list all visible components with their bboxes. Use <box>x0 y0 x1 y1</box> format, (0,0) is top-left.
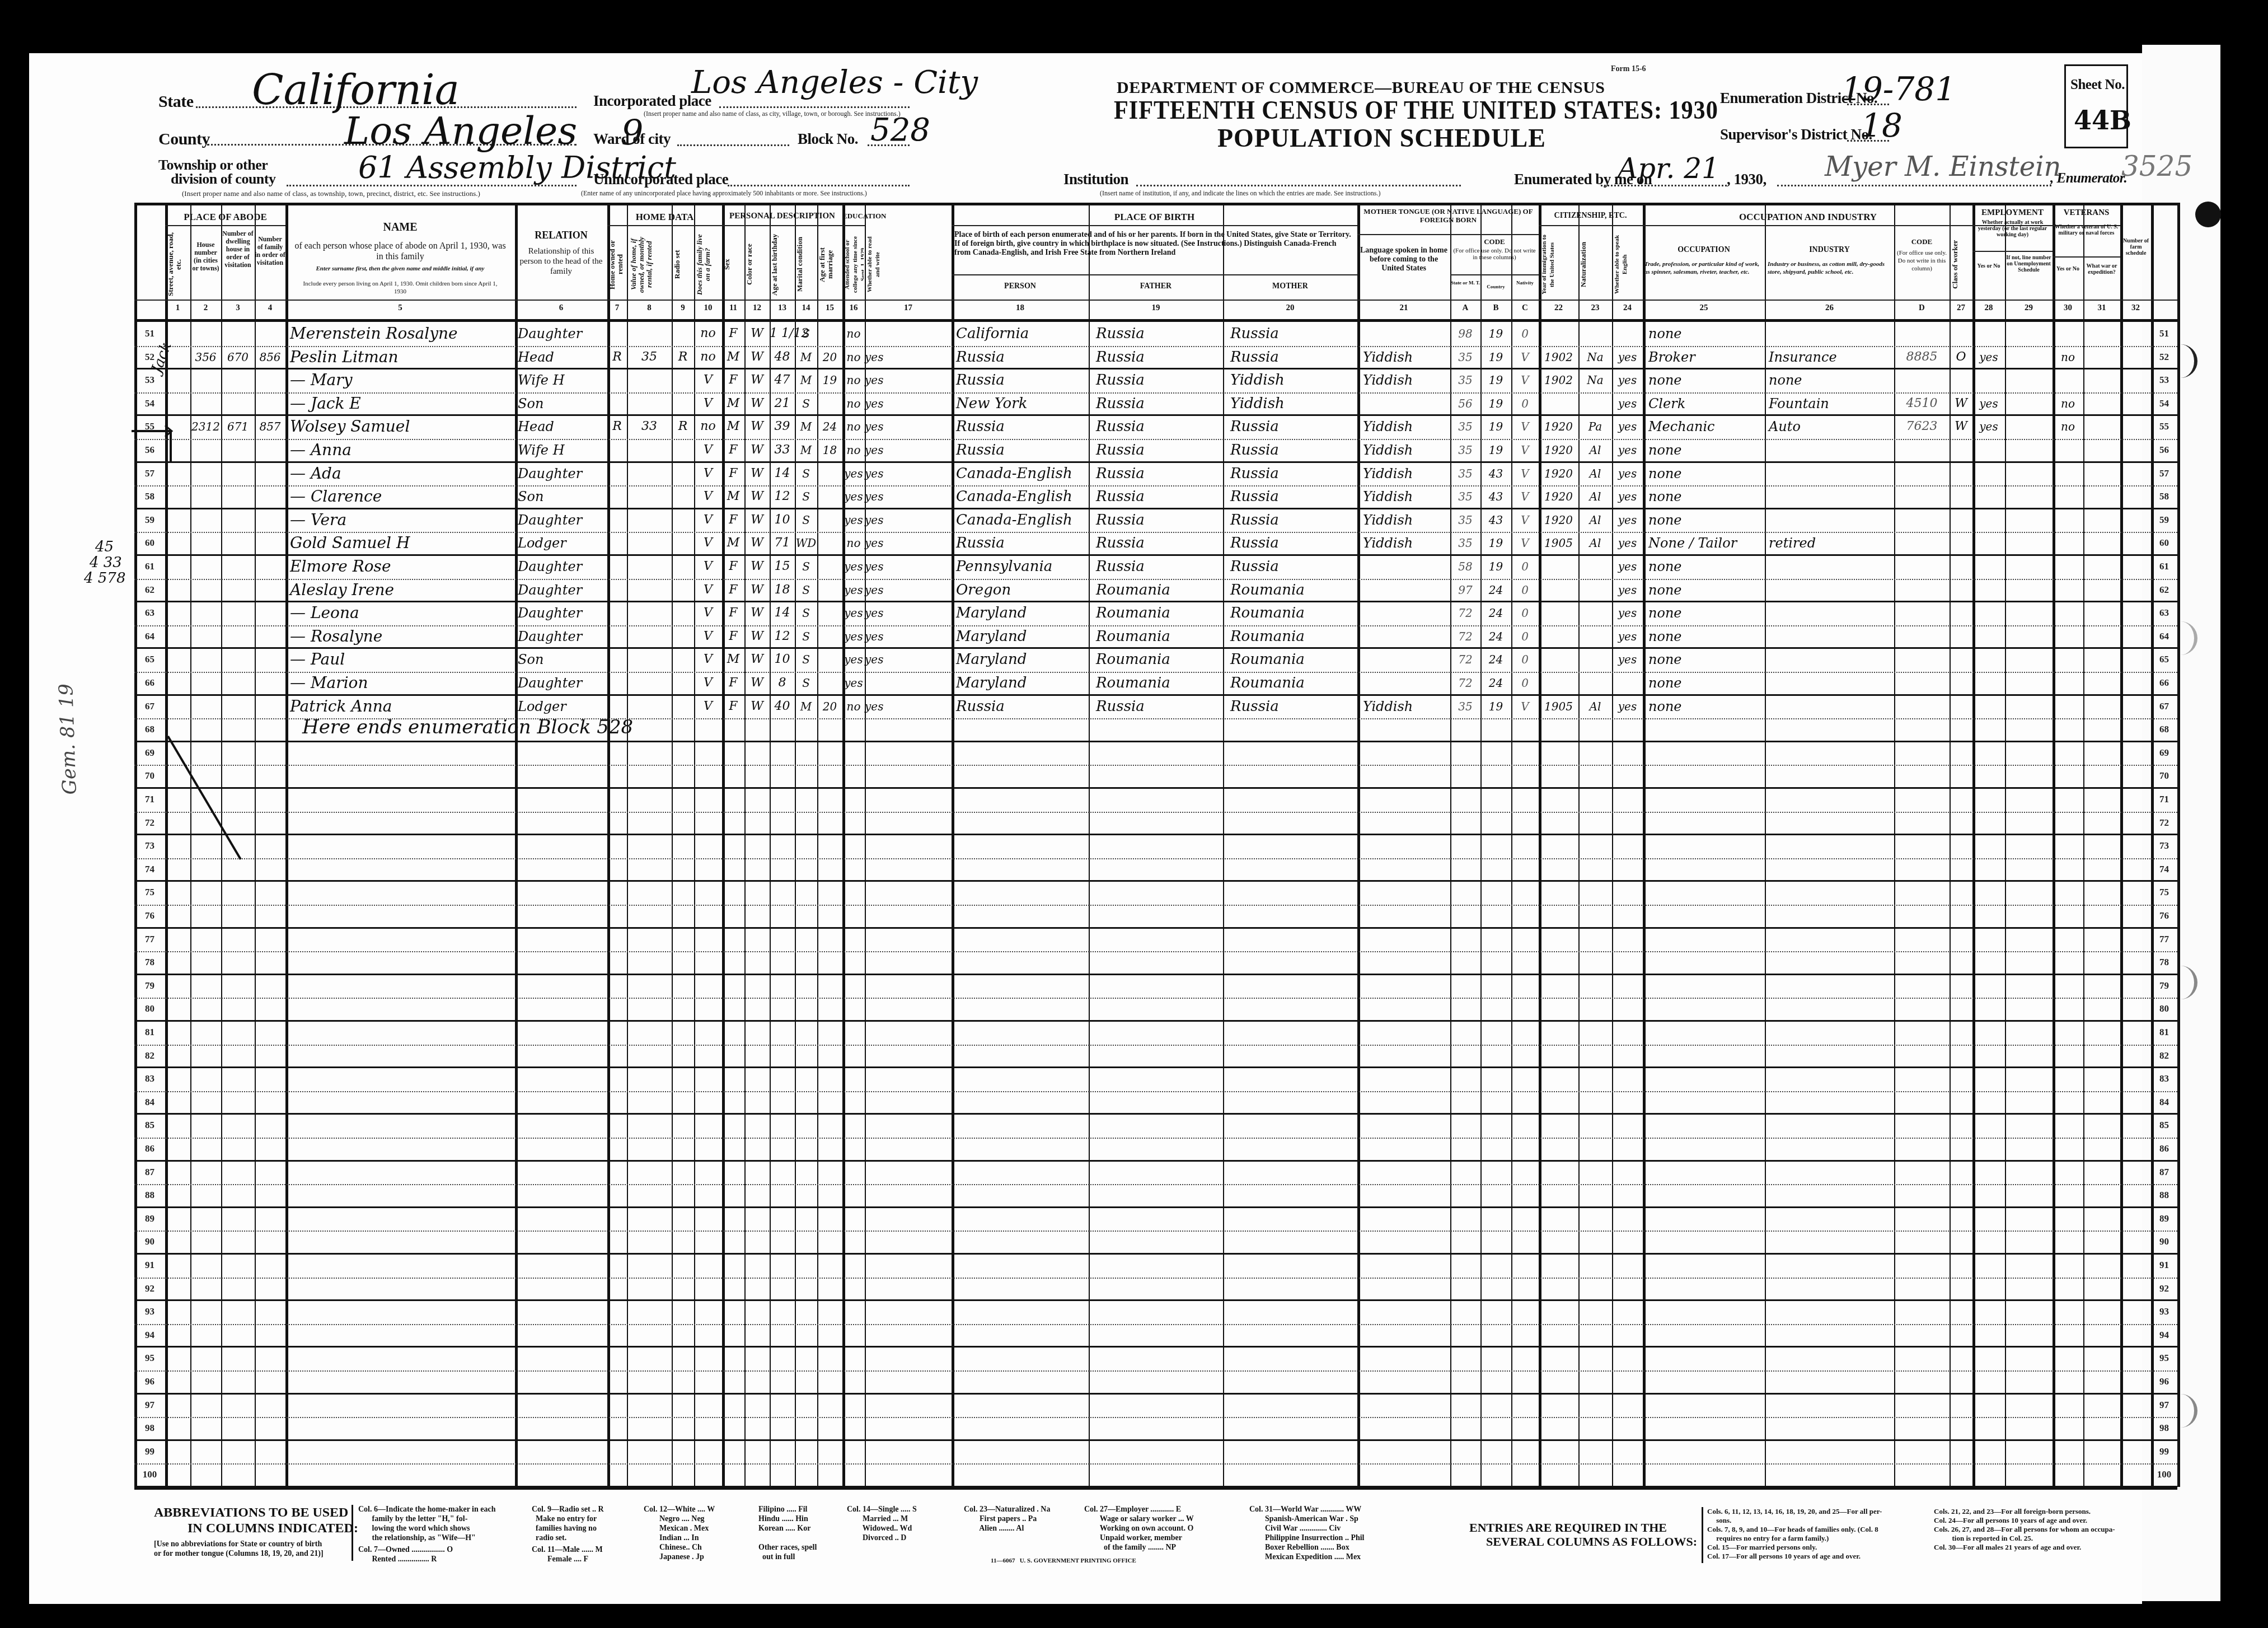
cell-farm: V <box>694 369 722 391</box>
line-number-right: 60 <box>2151 537 2177 549</box>
cell-english: yes <box>1612 695 1643 718</box>
cell-house: 2312 <box>190 415 221 438</box>
header-code: CODE <box>1450 238 1539 246</box>
column-number: A <box>1450 303 1480 313</box>
cell-age: 15 <box>770 555 795 578</box>
cell-race: W <box>744 625 770 648</box>
abbrev-col6: Col. 6—Indicate the home-maker in each f… <box>358 1505 496 1543</box>
header-code-d-desc: (For office use only. Do not write in th… <box>1896 249 1947 273</box>
cell-pob-father: Roumania <box>1096 602 1223 624</box>
cell-codeC: 0 <box>1511 648 1539 671</box>
line-number-right: 88 <box>2151 1190 2177 1201</box>
row-rule <box>134 1253 2177 1255</box>
cell-immig: 1905 <box>1539 695 1578 718</box>
column-number: 30 <box>2053 303 2083 313</box>
cell-pob-father: Russia <box>1096 346 1223 368</box>
cell-vet: no <box>2053 415 2083 438</box>
line-number-left: 83 <box>134 1073 165 1084</box>
entries-title-1: ENTRIES ARE REQUIRED IN THE <box>1469 1520 1667 1536</box>
cell-sex: F <box>722 672 744 694</box>
cell-marital: WD <box>795 532 817 554</box>
cell-read: yes <box>865 532 952 554</box>
row-rule <box>134 1439 2177 1441</box>
line-number-right: 79 <box>2151 980 2177 991</box>
institution-label: Institution <box>1063 171 1128 188</box>
cell-pob-mother: Russia <box>1230 415 1357 438</box>
cell-pob-mother: Russia <box>1230 346 1357 368</box>
cell-natz: Al <box>1578 485 1612 508</box>
header-sex: Sex <box>723 232 743 297</box>
column-number: 29 <box>2005 303 2053 313</box>
group-rule <box>1539 225 1643 226</box>
cell-english: yes <box>1612 462 1643 485</box>
column-number: 8 <box>627 303 672 313</box>
cell-marital: M <box>795 439 817 461</box>
line-number-left: 88 <box>134 1190 165 1201</box>
cell-english: yes <box>1612 648 1643 671</box>
cell-codeA: 35 <box>1450 439 1480 461</box>
line-number-left: 87 <box>134 1167 165 1178</box>
cell-class: W <box>1950 415 1972 438</box>
abbrev-col9: Col. 9—Radio set .. R Make no entry for … <box>532 1505 604 1543</box>
line-number-right: 56 <box>2151 445 2177 456</box>
cell-sex: M <box>722 346 744 368</box>
cell-owned: R <box>607 415 627 438</box>
cell-race: W <box>744 346 770 368</box>
enumeration-district-value: 19-781 <box>1841 70 1956 108</box>
cell-class: W <box>1950 392 1972 415</box>
cell-name: Wolsey Samuel <box>290 415 515 438</box>
line-number-right: 91 <box>2151 1260 2177 1271</box>
employment-sub-rule <box>1972 251 2053 252</box>
row-rule <box>134 812 2177 813</box>
cell-radio: R <box>672 346 694 368</box>
binding-hole <box>2195 202 2221 227</box>
cell-dwelling: 670 <box>221 346 255 368</box>
column-number: 15 <box>817 303 842 313</box>
header-employment-desc: Whether actually at work yesterday (or t… <box>1974 219 2051 238</box>
cell-codeA: 35 <box>1450 485 1480 508</box>
group-citizenship: CITIZENSHIP, ETC. <box>1539 212 1642 221</box>
abbrev-col11: Col. 11—Male ...... M Female .... F <box>532 1545 603 1564</box>
cell-pob-mother: Russia <box>1230 439 1357 461</box>
header-home-value: Value of home, if owned, or monthly rent… <box>630 232 669 297</box>
end-slash-mark <box>165 733 243 862</box>
header-farm-schedule: Number of farm schedule <box>2121 238 2150 256</box>
cell-sex: F <box>722 579 744 601</box>
table-top-rule <box>134 203 2177 205</box>
cell-name: Aleslay Irene <box>290 579 515 601</box>
cell-pob-father: Russia <box>1096 555 1223 578</box>
line-number-right: 97 <box>2151 1400 2177 1411</box>
enumerator-signature: Myer M. Einstein <box>1825 151 2061 183</box>
line-number-right: 90 <box>2151 1236 2177 1247</box>
cell-name: — Mary <box>290 369 515 391</box>
cell-farm: V <box>694 579 722 601</box>
cell-pob-mother: Russia <box>1230 322 1357 345</box>
institution-line <box>1136 185 1461 186</box>
cell-read: yes <box>865 509 952 531</box>
cell-work: yes <box>1972 346 2005 368</box>
line-number-right: 52 <box>2151 352 2177 363</box>
cell-codeB: 19 <box>1480 555 1511 578</box>
row-rule <box>134 787 2177 789</box>
printer-note: 11—6067 U. S. GOVERNMENT PRINTING OFFICE <box>991 1556 1136 1566</box>
cell-name: — Marion <box>290 672 515 694</box>
cell-pob: California <box>956 322 1089 345</box>
cell-tongue: Yiddish <box>1363 695 1450 718</box>
cell-farm: V <box>694 672 722 694</box>
group-place-of-abode: PLACE OF ABODE <box>165 212 285 223</box>
cell-english: yes <box>1612 439 1643 461</box>
cell-immig: 1902 <box>1539 346 1578 368</box>
column-number: 9 <box>672 303 694 313</box>
cell-occupation: none <box>1648 648 1765 671</box>
line-number-right: 98 <box>2151 1423 2177 1434</box>
cell-school: yes <box>842 579 865 601</box>
cell-pob-father: Roumania <box>1096 672 1223 694</box>
margin-count-1: 45 <box>95 539 114 555</box>
column-rule <box>255 203 256 1487</box>
line-number-left: 61 <box>134 561 165 572</box>
cell-family: 857 <box>255 415 285 438</box>
line-number-left: 95 <box>134 1353 165 1364</box>
cell-marital: M <box>795 415 817 438</box>
cell-farm: V <box>694 555 722 578</box>
cell-immig: 1920 <box>1539 415 1578 438</box>
cell-school: no <box>842 695 865 718</box>
cell-codeA: 72 <box>1450 602 1480 624</box>
line-number-right: 100 <box>2151 1469 2177 1480</box>
cell-pob: Maryland <box>956 648 1089 671</box>
cell-codeB: 19 <box>1480 392 1511 415</box>
margin-count-2: 4 33 <box>90 554 122 571</box>
cell-sex: F <box>722 555 744 578</box>
table-bottom-rule <box>134 1487 2177 1490</box>
column-number: 25 <box>1643 303 1765 313</box>
header-family: Number of family in order of visitation <box>255 235 285 266</box>
line-number-right: 59 <box>2151 514 2177 526</box>
cell-race: W <box>744 555 770 578</box>
schedule-title: POPULATION SCHEDULE <box>1217 123 1546 153</box>
group-education: EDUCATION <box>842 212 884 221</box>
cell-codeC: V <box>1511 346 1539 368</box>
cell-read: yes <box>865 625 952 648</box>
cell-codeC: 0 <box>1511 392 1539 415</box>
line-number-left: 77 <box>134 934 165 945</box>
header-name-include: Include every person living on April 1, … <box>297 280 504 296</box>
cell-relation: Lodger <box>518 695 607 718</box>
column-number: 22 <box>1539 303 1578 313</box>
cell-value: 33 <box>627 415 672 438</box>
cell-race: W <box>744 509 770 531</box>
cell-relation: Daughter <box>518 322 607 345</box>
abbrev-brace <box>352 1505 353 1561</box>
line-number-right: 71 <box>2151 794 2177 805</box>
cell-codeB: 19 <box>1480 439 1511 461</box>
header-relationship: Relationship of this person to the head … <box>518 246 605 277</box>
sheet-number-box: Sheet No. 44B <box>2064 64 2128 148</box>
cell-family: 856 <box>255 346 285 368</box>
line-number-left: 66 <box>134 677 165 689</box>
cell-relation: Daughter <box>518 509 607 531</box>
line-number-left: 81 <box>134 1027 165 1038</box>
row-rule <box>134 765 2177 766</box>
header-birth-desc: Place of birth of each person enumerated… <box>954 231 1355 258</box>
cell-pob-mother: Russia <box>1230 509 1357 531</box>
row-rule <box>134 1463 2177 1465</box>
cell-pob-mother: Roumania <box>1230 602 1357 624</box>
line-number-left: 89 <box>134 1213 165 1224</box>
cell-pob: Canada-English <box>956 462 1089 485</box>
cell-farm: no <box>694 346 722 368</box>
cell-pob: Oregon <box>956 579 1089 601</box>
cell-codeB: 24 <box>1480 602 1511 624</box>
cell-read: yes <box>865 369 952 391</box>
cell-relation: Son <box>518 648 607 671</box>
cell-marital: S <box>795 555 817 578</box>
abbrev-col27: Col. 27—Employer ............ E Wage or … <box>1084 1505 1194 1552</box>
cell-pob: Maryland <box>956 602 1089 624</box>
form-number: Form 15-6 <box>1611 65 1646 74</box>
cell-name: Gold Samuel H <box>290 532 515 554</box>
line-number-left: 80 <box>134 1003 165 1014</box>
cell-race: W <box>744 439 770 461</box>
cell-marital: S <box>795 509 817 531</box>
cell-tongue: Yiddish <box>1363 485 1450 508</box>
cell-pob: Russia <box>956 439 1089 461</box>
cell-age-marriage: 20 <box>817 346 842 368</box>
cell-immig: 1920 <box>1539 439 1578 461</box>
header-industry-desc: Industry or business, as cotton mill, dr… <box>1768 260 1892 276</box>
cell-school: yes <box>842 509 865 531</box>
cell-pob: Russia <box>956 346 1089 368</box>
header-bottom-rule <box>134 300 2177 301</box>
line-number-left: 69 <box>134 747 165 759</box>
header-dwelling: Number of dwelling house in order of vis… <box>221 230 255 269</box>
column-number: 23 <box>1578 303 1612 313</box>
cell-farm: no <box>694 415 722 438</box>
cell-age: 1 1/12 <box>770 322 795 345</box>
column-number: 17 <box>865 303 952 313</box>
cell-race: W <box>744 648 770 671</box>
cell-occupation: none <box>1648 322 1765 345</box>
line-number-right: 58 <box>2151 491 2177 502</box>
cell-sex: F <box>722 322 744 345</box>
cell-owned: R <box>607 346 627 368</box>
cell-occupation: none <box>1648 579 1765 601</box>
cell-occupation: None / Tailor <box>1648 532 1765 554</box>
cell-read: yes <box>865 462 952 485</box>
line-number-right: 62 <box>2151 584 2177 596</box>
header-read-write: Whether able to read and write <box>866 232 950 297</box>
cell-codeB: 24 <box>1480 625 1511 648</box>
cell-read: yes <box>865 392 952 415</box>
column-rule <box>672 203 673 1487</box>
cell-pob: Maryland <box>956 672 1089 694</box>
header-home-owned: Home owned or rented <box>608 232 626 297</box>
cell-name: — Rosalyne <box>290 625 515 648</box>
cell-codeC: 0 <box>1511 555 1539 578</box>
column-rule <box>1223 203 1224 1487</box>
row-rule <box>134 1160 2177 1162</box>
line-number-left: 84 <box>134 1097 165 1108</box>
line-number-left: 51 <box>134 328 165 339</box>
cell-read: yes <box>865 648 952 671</box>
cell-codeC: V <box>1511 439 1539 461</box>
cell-pob-mother: Russia <box>1230 532 1357 554</box>
cell-immig: 1920 <box>1539 485 1578 508</box>
row-rule <box>134 927 2177 929</box>
group-occupation-industry: OCCUPATION AND INDUSTRY <box>1643 212 1973 223</box>
cell-class: O <box>1950 346 1972 368</box>
line-number-right: 76 <box>2151 910 2177 921</box>
group-name: NAME <box>285 221 515 234</box>
line-number-left: 85 <box>134 1120 165 1131</box>
group-veterans: VETERANS <box>2053 208 2120 218</box>
cell-age: 47 <box>770 369 795 391</box>
cell-pob: Russia <box>956 369 1089 391</box>
line-number-right: 77 <box>2151 934 2177 945</box>
cell-marital: M <box>795 346 817 368</box>
row-rule <box>134 1393 2177 1395</box>
group-home-data: HOME DATA <box>607 212 722 223</box>
cell-school: yes <box>842 625 865 648</box>
line-number-left: 96 <box>134 1376 165 1387</box>
column-number: C <box>1511 303 1539 313</box>
cell-sex: M <box>722 485 744 508</box>
line-number-left: 97 <box>134 1400 165 1411</box>
line-number-left: 76 <box>134 910 165 921</box>
cell-codeC: V <box>1511 695 1539 718</box>
cell-sex: F <box>722 625 744 648</box>
cell-pob: Pennsylvania <box>956 555 1089 578</box>
cell-sex: M <box>722 648 744 671</box>
line-number-right: 67 <box>2151 701 2177 712</box>
cell-natz: Al <box>1578 695 1612 718</box>
cell-marital: M <box>795 369 817 391</box>
cell-name: Peslin Litman <box>290 346 515 368</box>
line-number-left: 73 <box>134 840 165 852</box>
cell-marital: S <box>795 579 817 601</box>
cell-english: yes <box>1612 532 1643 554</box>
cell-codeD: 8885 <box>1894 346 1950 368</box>
stamp-number: 3525 <box>2121 150 2192 183</box>
column-rule <box>817 203 818 1487</box>
column-rule <box>2083 203 2084 1487</box>
column-number: 31 <box>2083 303 2120 313</box>
cell-age: 40 <box>770 695 795 718</box>
enumerated-date: Apr. 21 <box>1618 152 1719 185</box>
cell-pob-father: Russia <box>1096 695 1223 718</box>
cell-race: W <box>744 415 770 438</box>
header-occupation-title: OCCUPATION <box>1643 246 1765 254</box>
cell-occupation: Mechanic <box>1648 415 1765 438</box>
cell-industry: retired <box>1769 532 1894 554</box>
header-war: What war or expedition? <box>2083 263 2120 275</box>
cell-english: yes <box>1612 369 1643 391</box>
cell-age: 10 <box>770 648 795 671</box>
line-number-right: 84 <box>2151 1097 2177 1108</box>
cell-age: 12 <box>770 485 795 508</box>
cell-natz: Na <box>1578 369 1612 391</box>
line-number-right: 75 <box>2151 887 2177 898</box>
cell-marital: S <box>795 602 817 624</box>
cell-occupation: none <box>1648 555 1765 578</box>
cell-occupation: Broker <box>1648 346 1765 368</box>
column-rule <box>607 203 610 1487</box>
cell-codeB: 24 <box>1480 648 1511 671</box>
column-number: D <box>1894 303 1950 313</box>
cell-pob-mother: Roumania <box>1230 625 1357 648</box>
cell-codeC: 0 <box>1511 322 1539 345</box>
cell-work: yes <box>1972 415 2005 438</box>
cell-english: yes <box>1612 509 1643 531</box>
cell-industry: none <box>1769 369 1894 391</box>
row-rule <box>134 1066 2177 1068</box>
cell-codeB: 24 <box>1480 579 1511 601</box>
cell-pob-mother: Roumania <box>1230 672 1357 694</box>
birth-sub-rule <box>952 274 1357 275</box>
cell-pob: Russia <box>956 695 1089 718</box>
row-rule <box>134 1138 2177 1139</box>
row-rule <box>134 1278 2177 1279</box>
column-number: 13 <box>770 303 795 313</box>
cell-pob-father: Russia <box>1096 485 1223 508</box>
line-number-right: 53 <box>2151 375 2177 386</box>
column-number: 21 <box>1357 303 1450 313</box>
line-number-left: 71 <box>134 794 165 805</box>
supervisor-district-value: 18 <box>1861 106 1903 144</box>
cell-tongue: Yiddish <box>1363 346 1450 368</box>
cell-name: — Ada <box>290 462 515 485</box>
cell-farm: V <box>694 462 722 485</box>
line-number-left: 57 <box>134 468 165 479</box>
abbrev-note: [Use no abbreviations for State or count… <box>154 1540 324 1559</box>
column-number: 28 <box>1972 303 2005 313</box>
row-rule <box>134 1206 2177 1208</box>
cell-relation: Daughter <box>518 555 607 578</box>
cell-pob-father: Russia <box>1096 509 1223 531</box>
line-number-right: 66 <box>2151 677 2177 689</box>
enumerated-date-line <box>1601 185 1727 186</box>
header-color-race: Color or race <box>746 232 768 297</box>
cell-school: no <box>842 369 865 391</box>
township-hint: (Insert proper name and also name of cla… <box>182 189 480 198</box>
cell-codeB: 19 <box>1480 415 1511 438</box>
margin-vertical-note: Gem. 81 19 <box>55 683 81 795</box>
cell-vet: no <box>2053 346 2083 368</box>
abbrev-col14: Col. 14—Single ..... S Married ... M Wid… <box>847 1505 917 1543</box>
line-number-left: 86 <box>134 1143 165 1154</box>
cell-school: yes <box>842 462 865 485</box>
cell-sex: F <box>722 369 744 391</box>
row-rule <box>134 974 2177 975</box>
cell-industry: Auto <box>1769 415 1894 438</box>
line-number-left: 65 <box>134 654 165 665</box>
cell-age: 14 <box>770 602 795 624</box>
column-number: 20 <box>1223 303 1357 313</box>
column-number: 18 <box>952 303 1089 313</box>
institution-hint: (Insert name of institution, if any, and… <box>1100 189 1380 198</box>
row-rule <box>134 1091 2177 1092</box>
cell-occupation: none <box>1648 485 1765 508</box>
veteran-sub-rule <box>2053 256 2120 258</box>
line-number-left: 62 <box>134 584 165 596</box>
header-code-d-title: CODE <box>1894 238 1950 246</box>
incorporated-value: Los Angeles - City <box>691 64 978 101</box>
cell-age: 12 <box>770 625 795 648</box>
